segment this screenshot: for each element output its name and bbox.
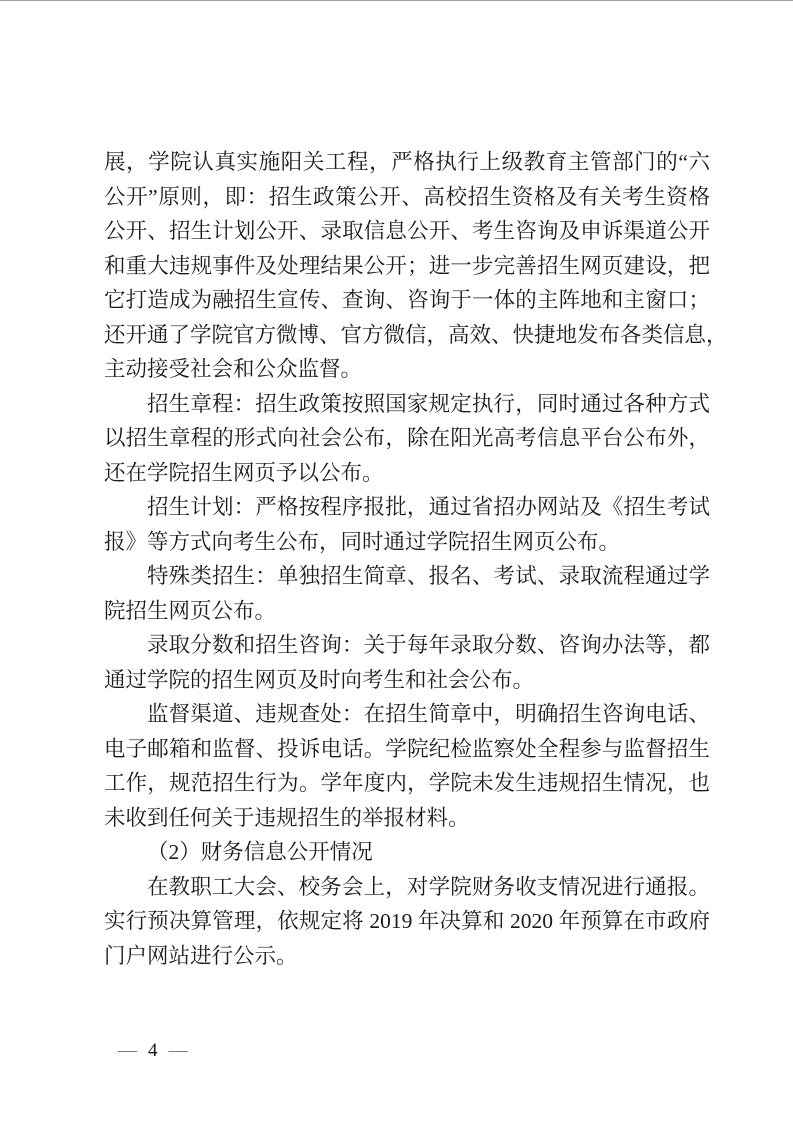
document-page: 展，学院认真实施阳关工程，严格执行上级教育主管部门的“六公开”原则，即：招生政策… [0,0,793,1122]
text-line: 在教职工大会、校务会上，对学院财务收支情况进行通报。 [104,870,710,905]
text-line: 它打造成为融招生宣传、查询、咨询于一体的主阵地和主窗口； [104,283,710,318]
text-line: 未收到任何关于违规招生的举报材料。 [104,801,710,836]
text-line: 实行预决算管理，依规定将 2019 年决算和 2020 年预算在市政府 [104,904,710,939]
text-line: 主动接受社会和公众监督。 [104,352,710,387]
text-line: 公开、招生计划公开、录取信息公开、考生咨询及申诉渠道公开 [104,214,710,249]
text-line: 监督渠道、违规查处：在招生简章中，明确招生咨询电话、 [104,697,710,732]
text-line: 展，学院认真实施阳关工程，严格执行上级教育主管部门的“六 [104,145,710,180]
text-line: 录取分数和招生咨询：关于每年录取分数、咨询办法等，都 [104,628,710,663]
text-line: 报》等方式向考生公布，同时通过学院招生网页公布。 [104,525,710,560]
text-line: 工作，规范招生行为。学年度内，学院未发生违规招生情况，也 [104,766,710,801]
text-line: （2）财务信息公开情况 [104,835,710,870]
text-line: 还开通了学院官方微博、官方微信，高效、快捷地发布各类信息， [104,318,710,353]
text-line: 特殊类招生：单独招生简章、报名、考试、录取流程通过学 [104,559,710,594]
text-line: 和重大违规事件及处理结果公开；进一步完善招生网页建设，把 [104,249,710,284]
text-line: 门户网站进行公示。 [104,939,710,974]
text-line: 招生计划：严格按程序报批，通过省招办网站及《招生考试 [104,490,710,525]
text-line: 还在学院招生网页予以公布。 [104,456,710,491]
document-body: 展，学院认真实施阳关工程，严格执行上级教育主管部门的“六公开”原则，即：招生政策… [104,145,710,973]
text-line: 院招生网页公布。 [104,594,710,629]
text-line: 电子邮箱和监督、投诉电话。学院纪检监察处全程参与监督招生 [104,732,710,767]
page-number-left-dash: — [118,1040,137,1061]
text-line: 公开”原则，即：招生政策公开、高校招生资格及有关考生资格 [104,180,710,215]
text-line: 通过学院的招生网页及时向考生和社会公布。 [104,663,710,698]
text-line: 以招生章程的形式向社会公布，除在阳光高考信息平台公布外， [104,421,710,456]
page-number-right-dash: — [169,1040,188,1061]
page-number: 4 [148,1040,158,1061]
page-footer: —4— [118,1039,188,1063]
text-line: 招生章程：招生政策按照国家规定执行，同时通过各种方式 [104,387,710,422]
